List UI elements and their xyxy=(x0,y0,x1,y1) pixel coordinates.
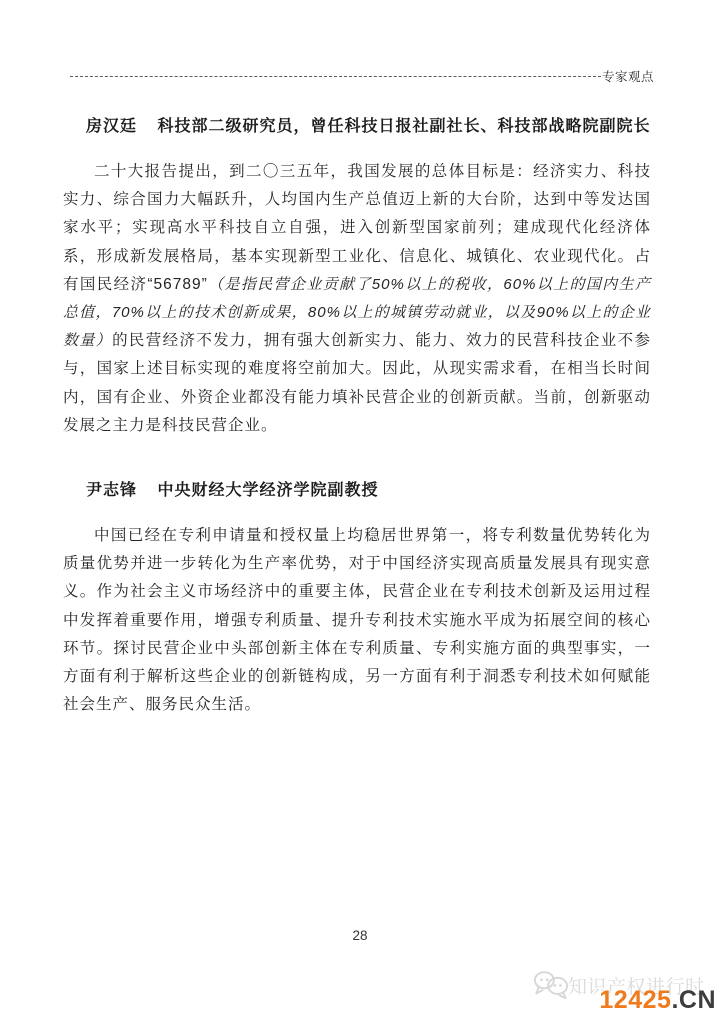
paragraph-text-part1: 中国已经在专利申请量和授权量上均稳居世界第一，将专利数量优势转化为质量优势并进一… xyxy=(63,527,651,713)
paragraph-text-part2: 的民营经济不发力，拥有强大创新实力、能力、效力的民营科技企业不参与，国家上述目标… xyxy=(63,332,651,434)
expert-heading-yin: 尹志锋 中央财经大学经济学院副教授 xyxy=(86,477,378,500)
site-number: 12425 xyxy=(599,986,671,1014)
paragraph-text-part1: 二十大报告提出，到二〇三五年，我国发展的总体目标是：经济实力、科技实力、综合国力… xyxy=(63,163,651,293)
site-url: 12425.CN xyxy=(599,986,716,1015)
expert-title: 中央财经大学经济学院副教授 xyxy=(157,482,378,499)
expert-paragraph-fang: 二十大报告提出，到二〇三五年，我国发展的总体目标是：经济实力、科技实力、综合国力… xyxy=(63,158,651,440)
expert-heading-fang: 房汉廷 科技部二级研究员，曾任科技日报社副社长、科技部战略院副院长 xyxy=(86,113,650,136)
footer-brand: 知识产权进行时 12425.CN xyxy=(500,958,720,1018)
expert-name: 尹志锋 xyxy=(86,482,137,499)
expert-paragraph-yin: 中国已经在专利申请量和授权量上均稳居世界第一，将专利数量优势转化为质量优势并进一… xyxy=(63,522,651,719)
expert-title: 科技部二级研究员，曾任科技日报社副社长、科技部战略院副院长 xyxy=(157,118,650,135)
header-rule: 专家观点 xyxy=(70,67,654,85)
site-tld: .CN xyxy=(671,986,716,1014)
page-number: 28 xyxy=(0,928,720,943)
expert-name: 房汉廷 xyxy=(86,118,137,135)
chat-bubbles-icon xyxy=(533,969,569,999)
header-section-label: 专家观点 xyxy=(602,67,654,85)
document-page: 专家观点 房汉廷 科技部二级研究员，曾任科技日报社副社长、科技部战略院副院长 二… xyxy=(0,0,720,1018)
dashed-divider xyxy=(70,76,601,77)
